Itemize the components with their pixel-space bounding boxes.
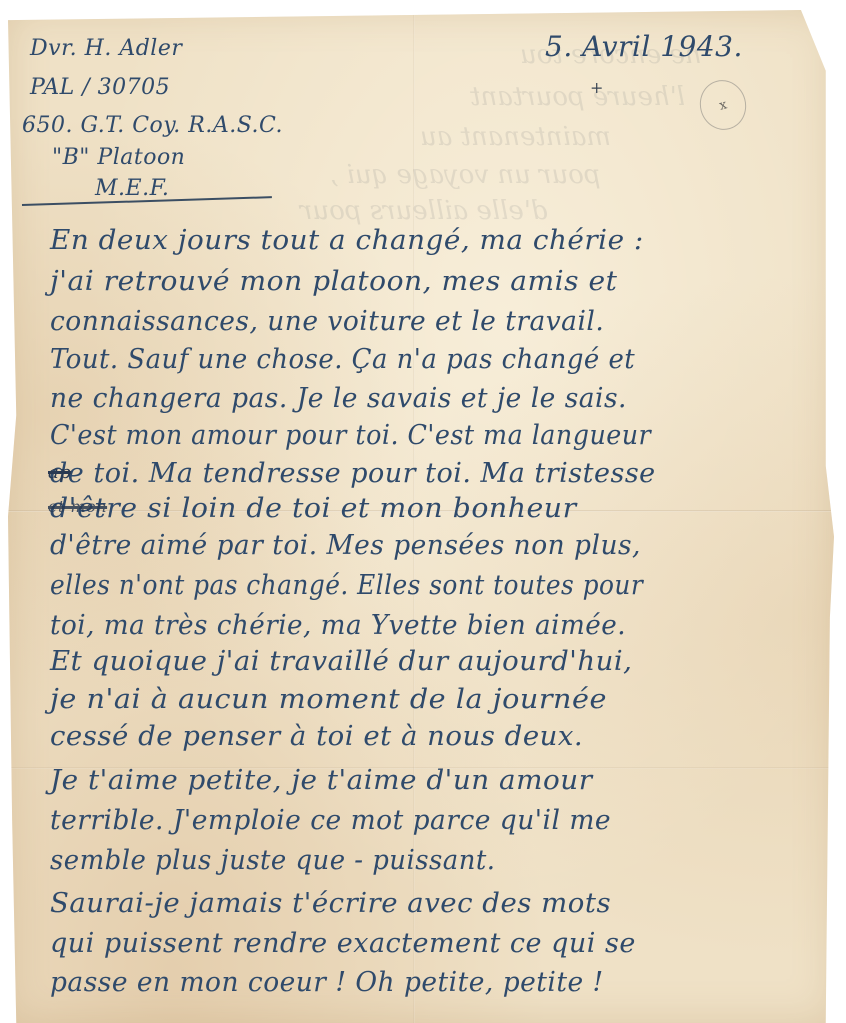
- body-line: passe en mon coeur ! Oh petite, petite !: [50, 967, 604, 998]
- body-line: de toi. Ma tendresse pour toi. Ma triste…: [50, 458, 656, 489]
- body-line: C'est mon amour pour toi. C'est ma langu…: [50, 420, 651, 451]
- body-line: qui puissent rendre exactement ce qui se: [50, 928, 636, 959]
- sender-name: Dvr. H. Adler: [30, 36, 182, 61]
- bleed-through-line: pour un voyage qui ,: [330, 160, 601, 190]
- body-line: elles n'ont pas changé. Elles sont toute…: [50, 570, 643, 601]
- sender-force: M.E.F.: [95, 176, 169, 201]
- body-line: toi, ma très chérie, ma Yvette bien aimé…: [50, 610, 626, 641]
- bleed-through-line: l'heure pourtant: [470, 82, 685, 112]
- body-line: semble plus juste que - puissant.: [50, 845, 496, 876]
- sender-platoon: "B" Platoon: [52, 145, 185, 170]
- body-line: d'être si loin de toi et mon bonheur: [50, 493, 577, 524]
- body-line: ne changera pas. Je le savais et je le s…: [50, 383, 627, 414]
- letter-date: 5. Avril 1943.: [545, 30, 743, 63]
- struck-word: et mon: [48, 497, 107, 516]
- body-line: En deux jours tout a changé, ma chérie :: [50, 225, 644, 256]
- body-line: cessé de penser à toi et à nous deux.: [50, 721, 583, 752]
- body-line: j'ai retrouvé mon platoon, mes amis et: [50, 266, 617, 297]
- body-line: Saurai-je jamais t'écrire avec des mots: [50, 888, 611, 919]
- bleed-through-line: maintenant au: [420, 122, 611, 152]
- bleed-through-line: d'elle ailleurs pour: [300, 196, 548, 226]
- body-line: Et quoique j'ai travaillé dur aujourd'hu…: [50, 646, 632, 677]
- cross-mark: +: [590, 78, 603, 97]
- circled-mark-glyph: x: [718, 97, 729, 113]
- body-line: terrible. J'emploie ce mot parce qu'il m…: [50, 805, 611, 836]
- body-line: d'être aimé par toi. Mes pensées non plu…: [50, 530, 641, 561]
- body-line: connaissances, une voiture et le travail…: [50, 306, 604, 337]
- sender-service-number: PAL / 30705: [30, 75, 170, 100]
- struck-word: ap: [48, 462, 71, 483]
- body-line: Je t'aime petite, je t'aime d'un amour: [50, 765, 593, 796]
- sender-unit: 650. G.T. Coy. R.A.S.C.: [22, 113, 283, 138]
- body-line: je n'ai à aucun moment de la journée: [50, 684, 607, 715]
- body-line: Tout. Sauf une chose. Ça n'a pas changé …: [50, 344, 635, 375]
